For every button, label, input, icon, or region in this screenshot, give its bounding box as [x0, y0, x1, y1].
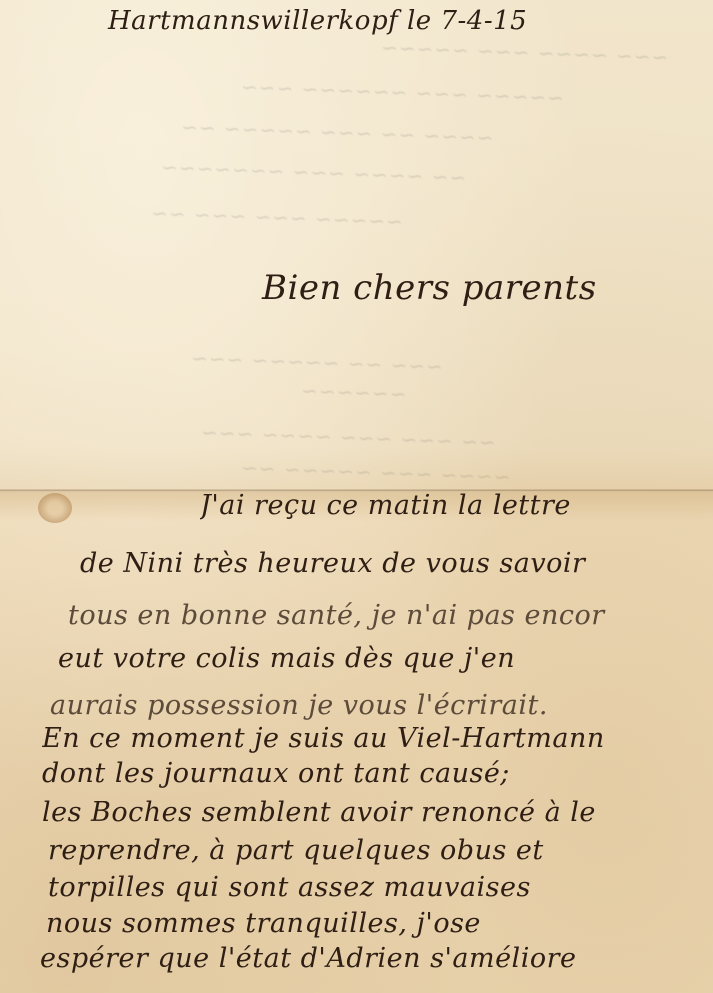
letter-line: eut votre colis mais dès que j'en — [58, 643, 515, 674]
letter-line: aurais possession je vous l'écrirait. — [50, 690, 548, 721]
bleed-through-line: ~~~~~ ~~~ ~~~ ~~ — [150, 201, 404, 234]
bleed-through-line: ~~~~~ ~~~ ~~~~~~ ~~~ — [240, 74, 565, 109]
letter-line: torpilles qui sont assez mauvaises — [48, 872, 531, 903]
bleed-through-line: ~~~~ ~~ ~~~ ~~~~~ ~~ — [180, 115, 494, 150]
salutation: Bien chers parents — [262, 268, 597, 308]
letter-line: tous en bonne santé, je n'ai pas encor — [68, 600, 605, 631]
water-stain — [38, 493, 72, 523]
bleed-through-line: ~~~~~~ — [300, 378, 407, 406]
letter-line: reprendre, à part quelques obus et — [48, 835, 544, 866]
bleed-through-line: ~~~ ~~ ~~~~~ ~~~ — [190, 346, 444, 379]
letter-line: nous sommes tranquilles, j'ose — [46, 908, 481, 939]
bleed-through-line: ~~~ ~~~~ ~~~ ~~~~~ — [380, 35, 669, 69]
letter-page: ~~~ ~~~~ ~~~ ~~~~~ ~~~~~ ~~~ ~~~~~~ ~~~ … — [0, 0, 713, 993]
bleed-through-line: ~~ ~~~ ~~~ ~~~~ ~~~ — [200, 420, 496, 454]
place-date-heading: Hartmannswillerkopf le 7-4-15 — [108, 6, 527, 36]
bleed-through-line: ~~ ~~~~ ~~~ ~~~~~~~ — [160, 155, 467, 190]
letter-line: En ce moment je suis au Viel-Hartmann — [42, 723, 713, 754]
letter-line: de Nini très heureux de vous savoir — [80, 548, 585, 579]
letter-line: les Boches semblent avoir renoncé à le — [42, 797, 596, 828]
letter-line: J'ai reçu ce matin la lettre — [200, 490, 713, 521]
letter-line: dont les journaux ont tant causé; — [42, 758, 510, 789]
bleed-through-line: ~~~~ ~~~ ~~~~~ ~~ — [240, 455, 511, 488]
letter-line: espérer que l'état d'Adrien s'améliore — [40, 943, 576, 974]
